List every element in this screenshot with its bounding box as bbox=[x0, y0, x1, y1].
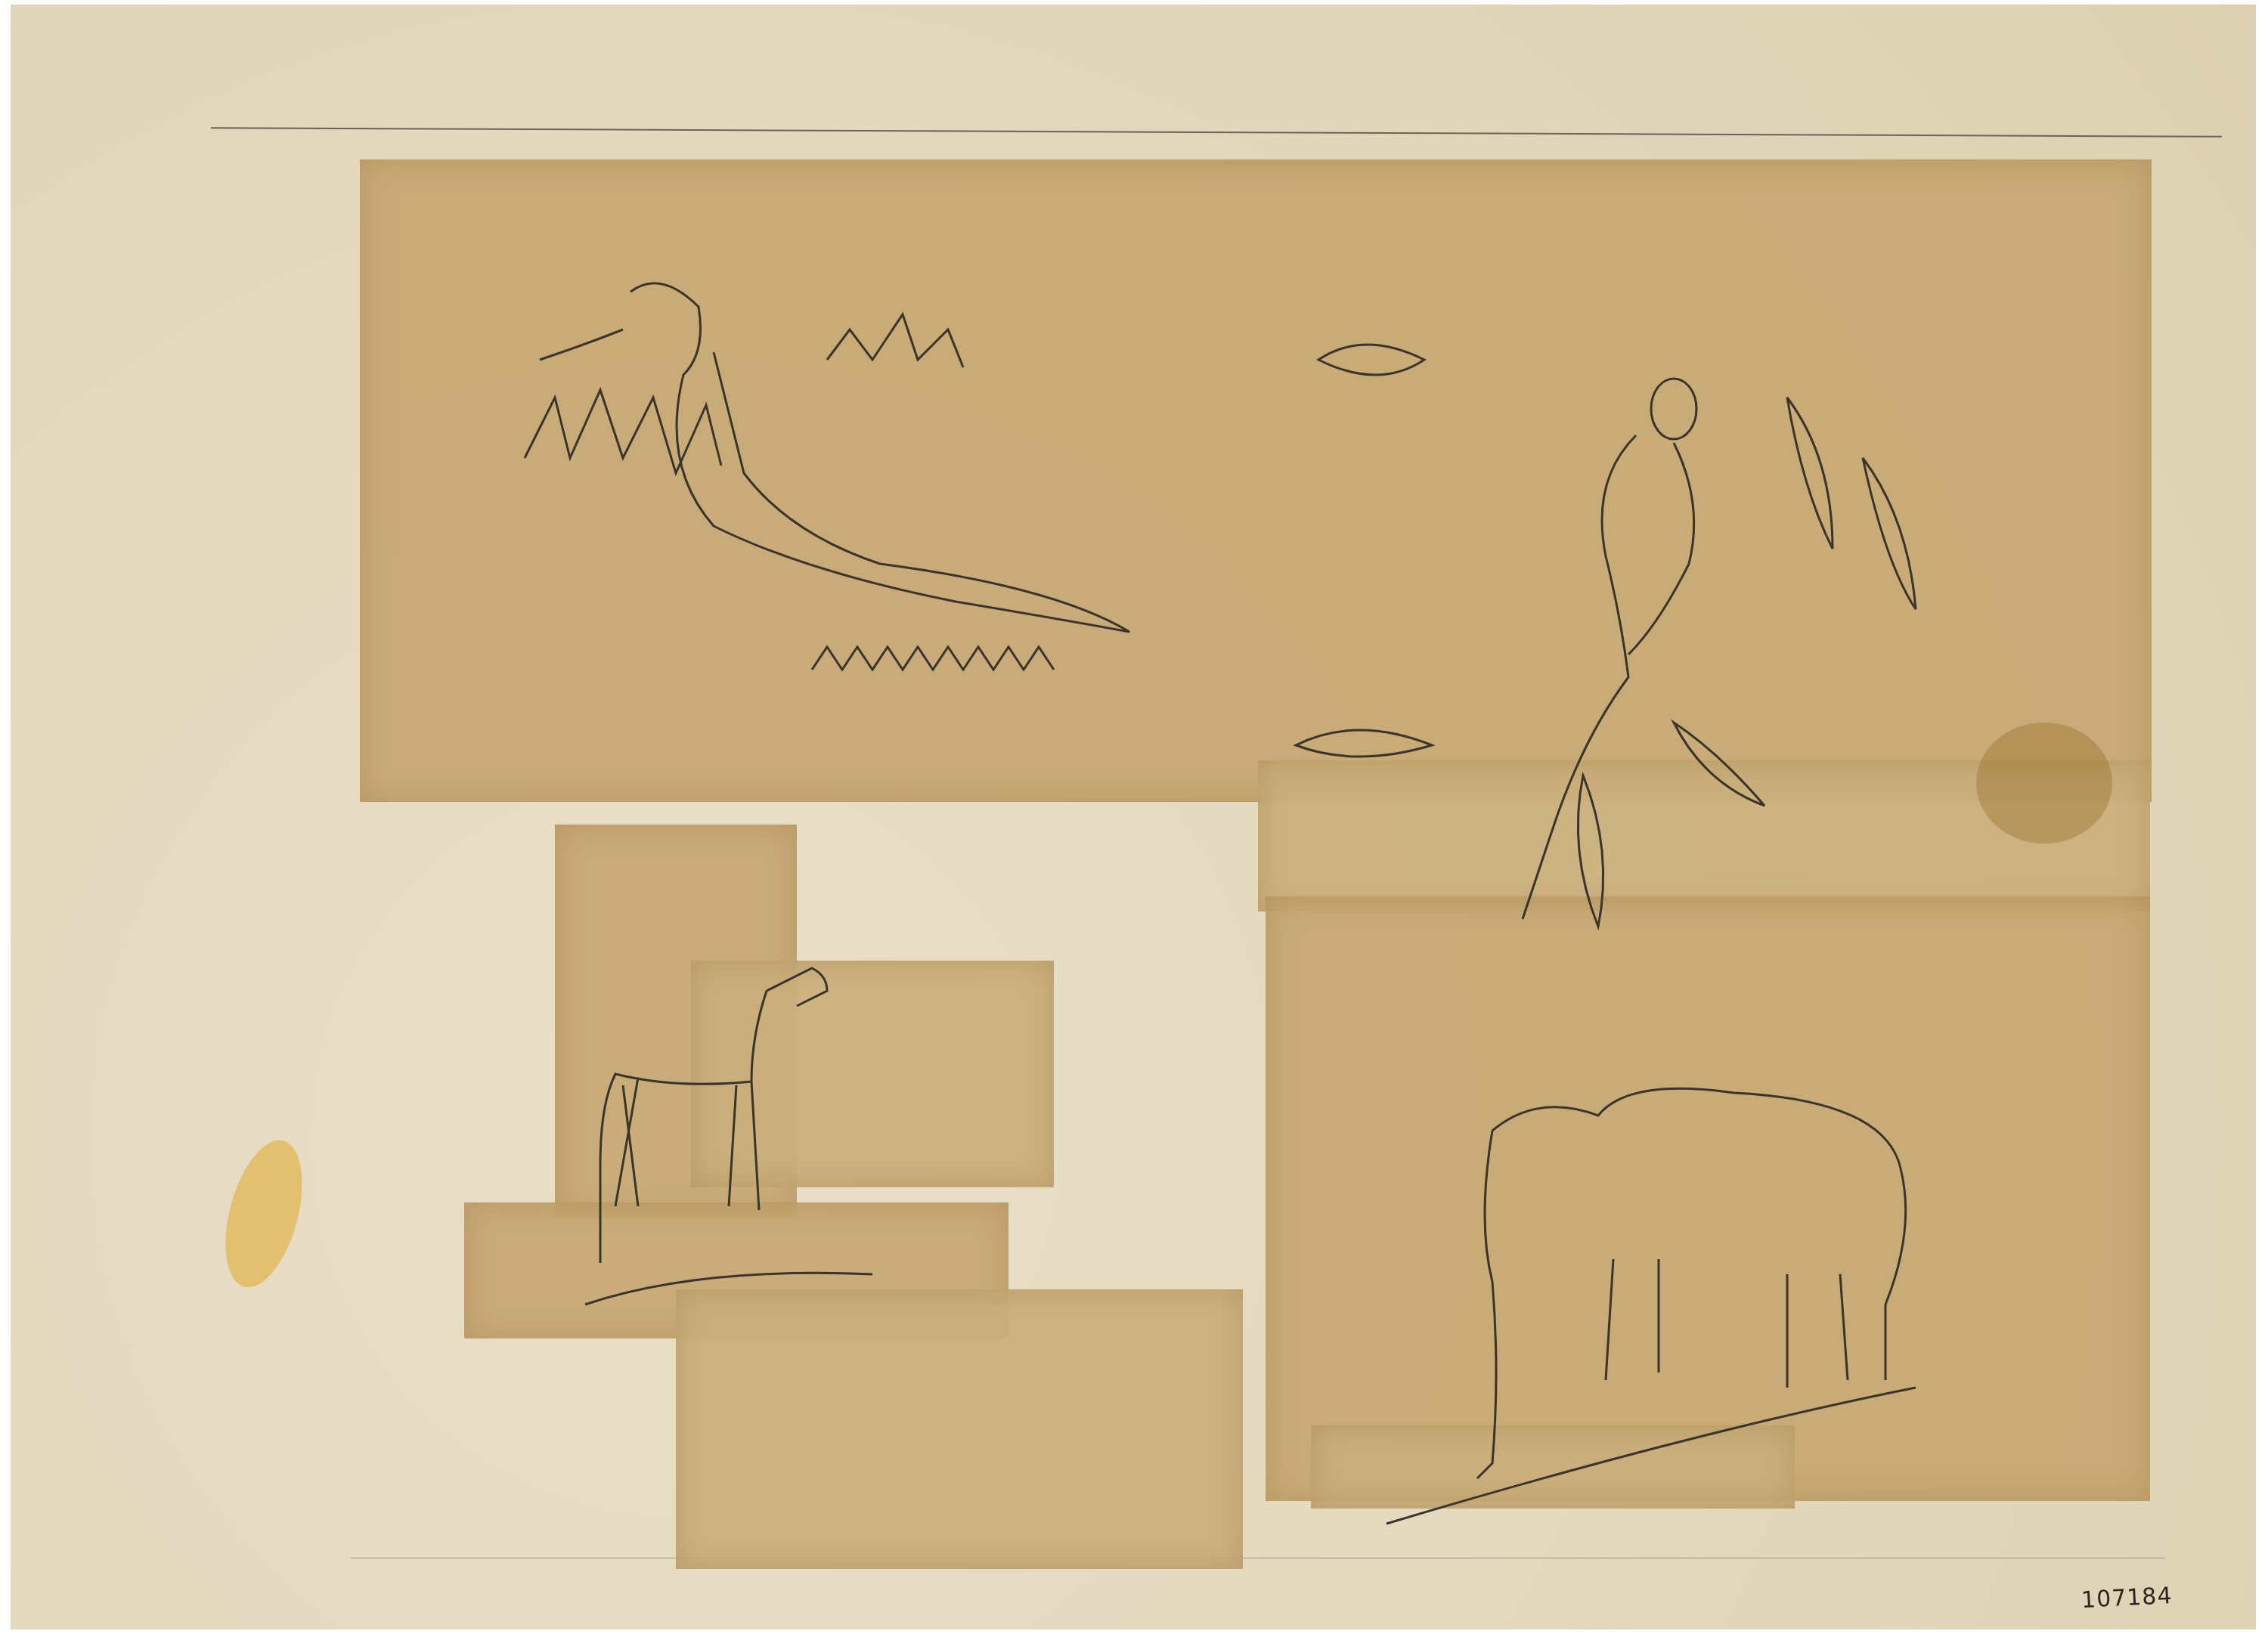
antelope-sketch bbox=[585, 968, 872, 1304]
catalog-number: 107184 bbox=[2081, 1583, 2173, 1614]
paper-sheet: 107184 bbox=[11, 5, 2256, 1629]
pencil-drawings bbox=[11, 5, 2256, 1629]
standing-man-sketch bbox=[1296, 345, 1916, 927]
reclining-woman-sketch bbox=[525, 283, 1129, 670]
elephant-sketch bbox=[1387, 1088, 1916, 1524]
